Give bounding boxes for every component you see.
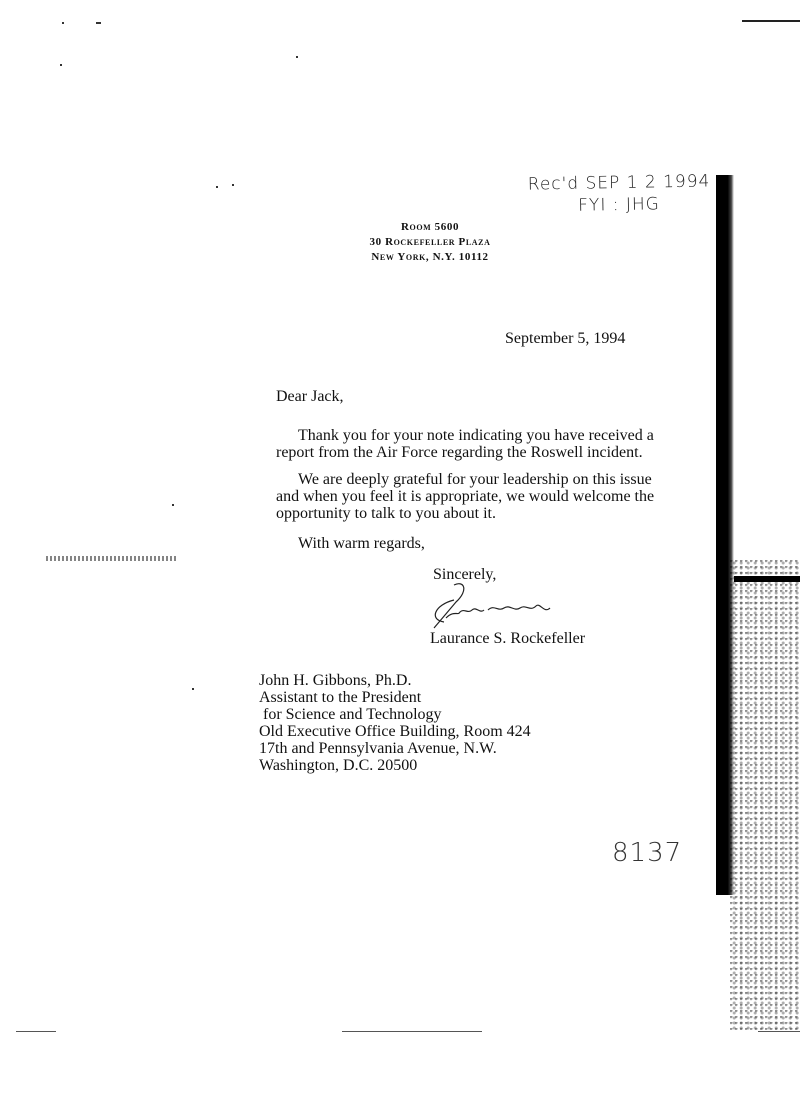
recipient-address: John H. Gibbons, Ph.D. Assistant to the … xyxy=(259,672,531,774)
letterhead-city: New York, N.Y. 10112 xyxy=(330,250,530,265)
body-paragraph-3: With warm regards, xyxy=(276,535,656,552)
scan-edge-noise xyxy=(730,560,800,1030)
handwritten-file-number: 8137 xyxy=(612,838,682,868)
body-paragraph-1: Thank you for your note indicating you h… xyxy=(276,427,656,461)
recipient-line: for Science and Technology xyxy=(259,706,531,723)
scan-speck xyxy=(62,22,64,24)
handwritten-signature xyxy=(424,580,574,630)
letterhead-street: 30 Rockefeller Plaza xyxy=(330,235,530,250)
scan-speck xyxy=(232,184,234,186)
scan-speck xyxy=(60,64,62,66)
body-paragraph-2-text: We are deeply grateful for your leadersh… xyxy=(276,471,654,522)
recipient-line: 17th and Pennsylvania Avenue, N.W. xyxy=(259,740,531,757)
received-stamp: Rec'd SEP 1 2 1994 FYI : JHG xyxy=(528,170,711,217)
letterhead-address: Room 5600 30 Rockefeller Plaza New York,… xyxy=(330,220,530,265)
scan-artifact-noise xyxy=(46,556,176,561)
recipient-line: Assistant to the President xyxy=(259,689,531,706)
scan-speck xyxy=(96,22,101,24)
body-paragraph-1-text: Thank you for your note indicating you h… xyxy=(276,427,654,461)
scan-artifact-line xyxy=(758,1031,800,1032)
scan-speck xyxy=(296,56,298,58)
body-paragraph-3-text: With warm regards, xyxy=(298,535,425,552)
scan-speck xyxy=(192,688,194,690)
body-paragraph-2: We are deeply grateful for your leadersh… xyxy=(276,471,656,522)
scan-artifact-line xyxy=(16,1031,56,1032)
letterhead-room: Room 5600 xyxy=(330,220,530,235)
scan-artifact-line xyxy=(342,1031,482,1032)
letter-date: September 5, 1994 xyxy=(505,330,625,348)
recipient-line: Washington, D.C. 20500 xyxy=(259,757,531,774)
salutation: Dear Jack, xyxy=(276,388,344,406)
signer-name: Laurance S. Rockefeller xyxy=(430,630,585,648)
scan-artifact-line xyxy=(742,20,800,22)
scan-speck xyxy=(172,504,174,506)
recipient-line: John H. Gibbons, Ph.D. xyxy=(259,672,531,689)
fyi-note: FYI : JHG xyxy=(528,192,711,217)
received-date-note: Rec'd SEP 1 2 1994 xyxy=(528,170,711,195)
scan-speck xyxy=(216,186,218,188)
recipient-line: Old Executive Office Building, Room 424 xyxy=(259,723,531,740)
